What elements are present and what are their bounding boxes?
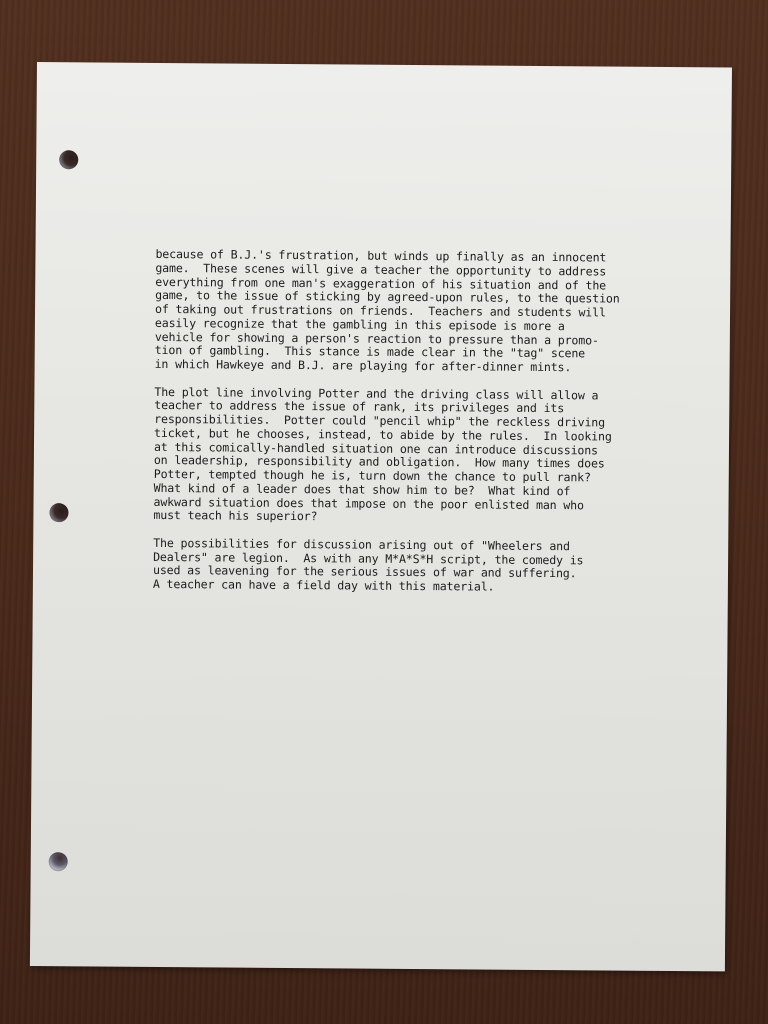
typed-text-body: because of B.J.'s frustration, but winds… — [153, 248, 656, 609]
punch-hole-bottom — [49, 852, 68, 871]
paragraph-potter-driving: The plot line involving Potter and the d… — [153, 385, 654, 526]
paragraph-conclusion: The possibilities for discussion arising… — [153, 537, 653, 596]
punch-hole-top — [59, 150, 78, 169]
punch-hole-middle — [49, 503, 68, 522]
text-line: A teacher can have a field day with this… — [153, 578, 653, 596]
paragraph-gambling: because of B.J.'s frustration, but winds… — [155, 248, 656, 376]
paper-sheet: because of B.J.'s frustration, but winds… — [30, 62, 732, 971]
